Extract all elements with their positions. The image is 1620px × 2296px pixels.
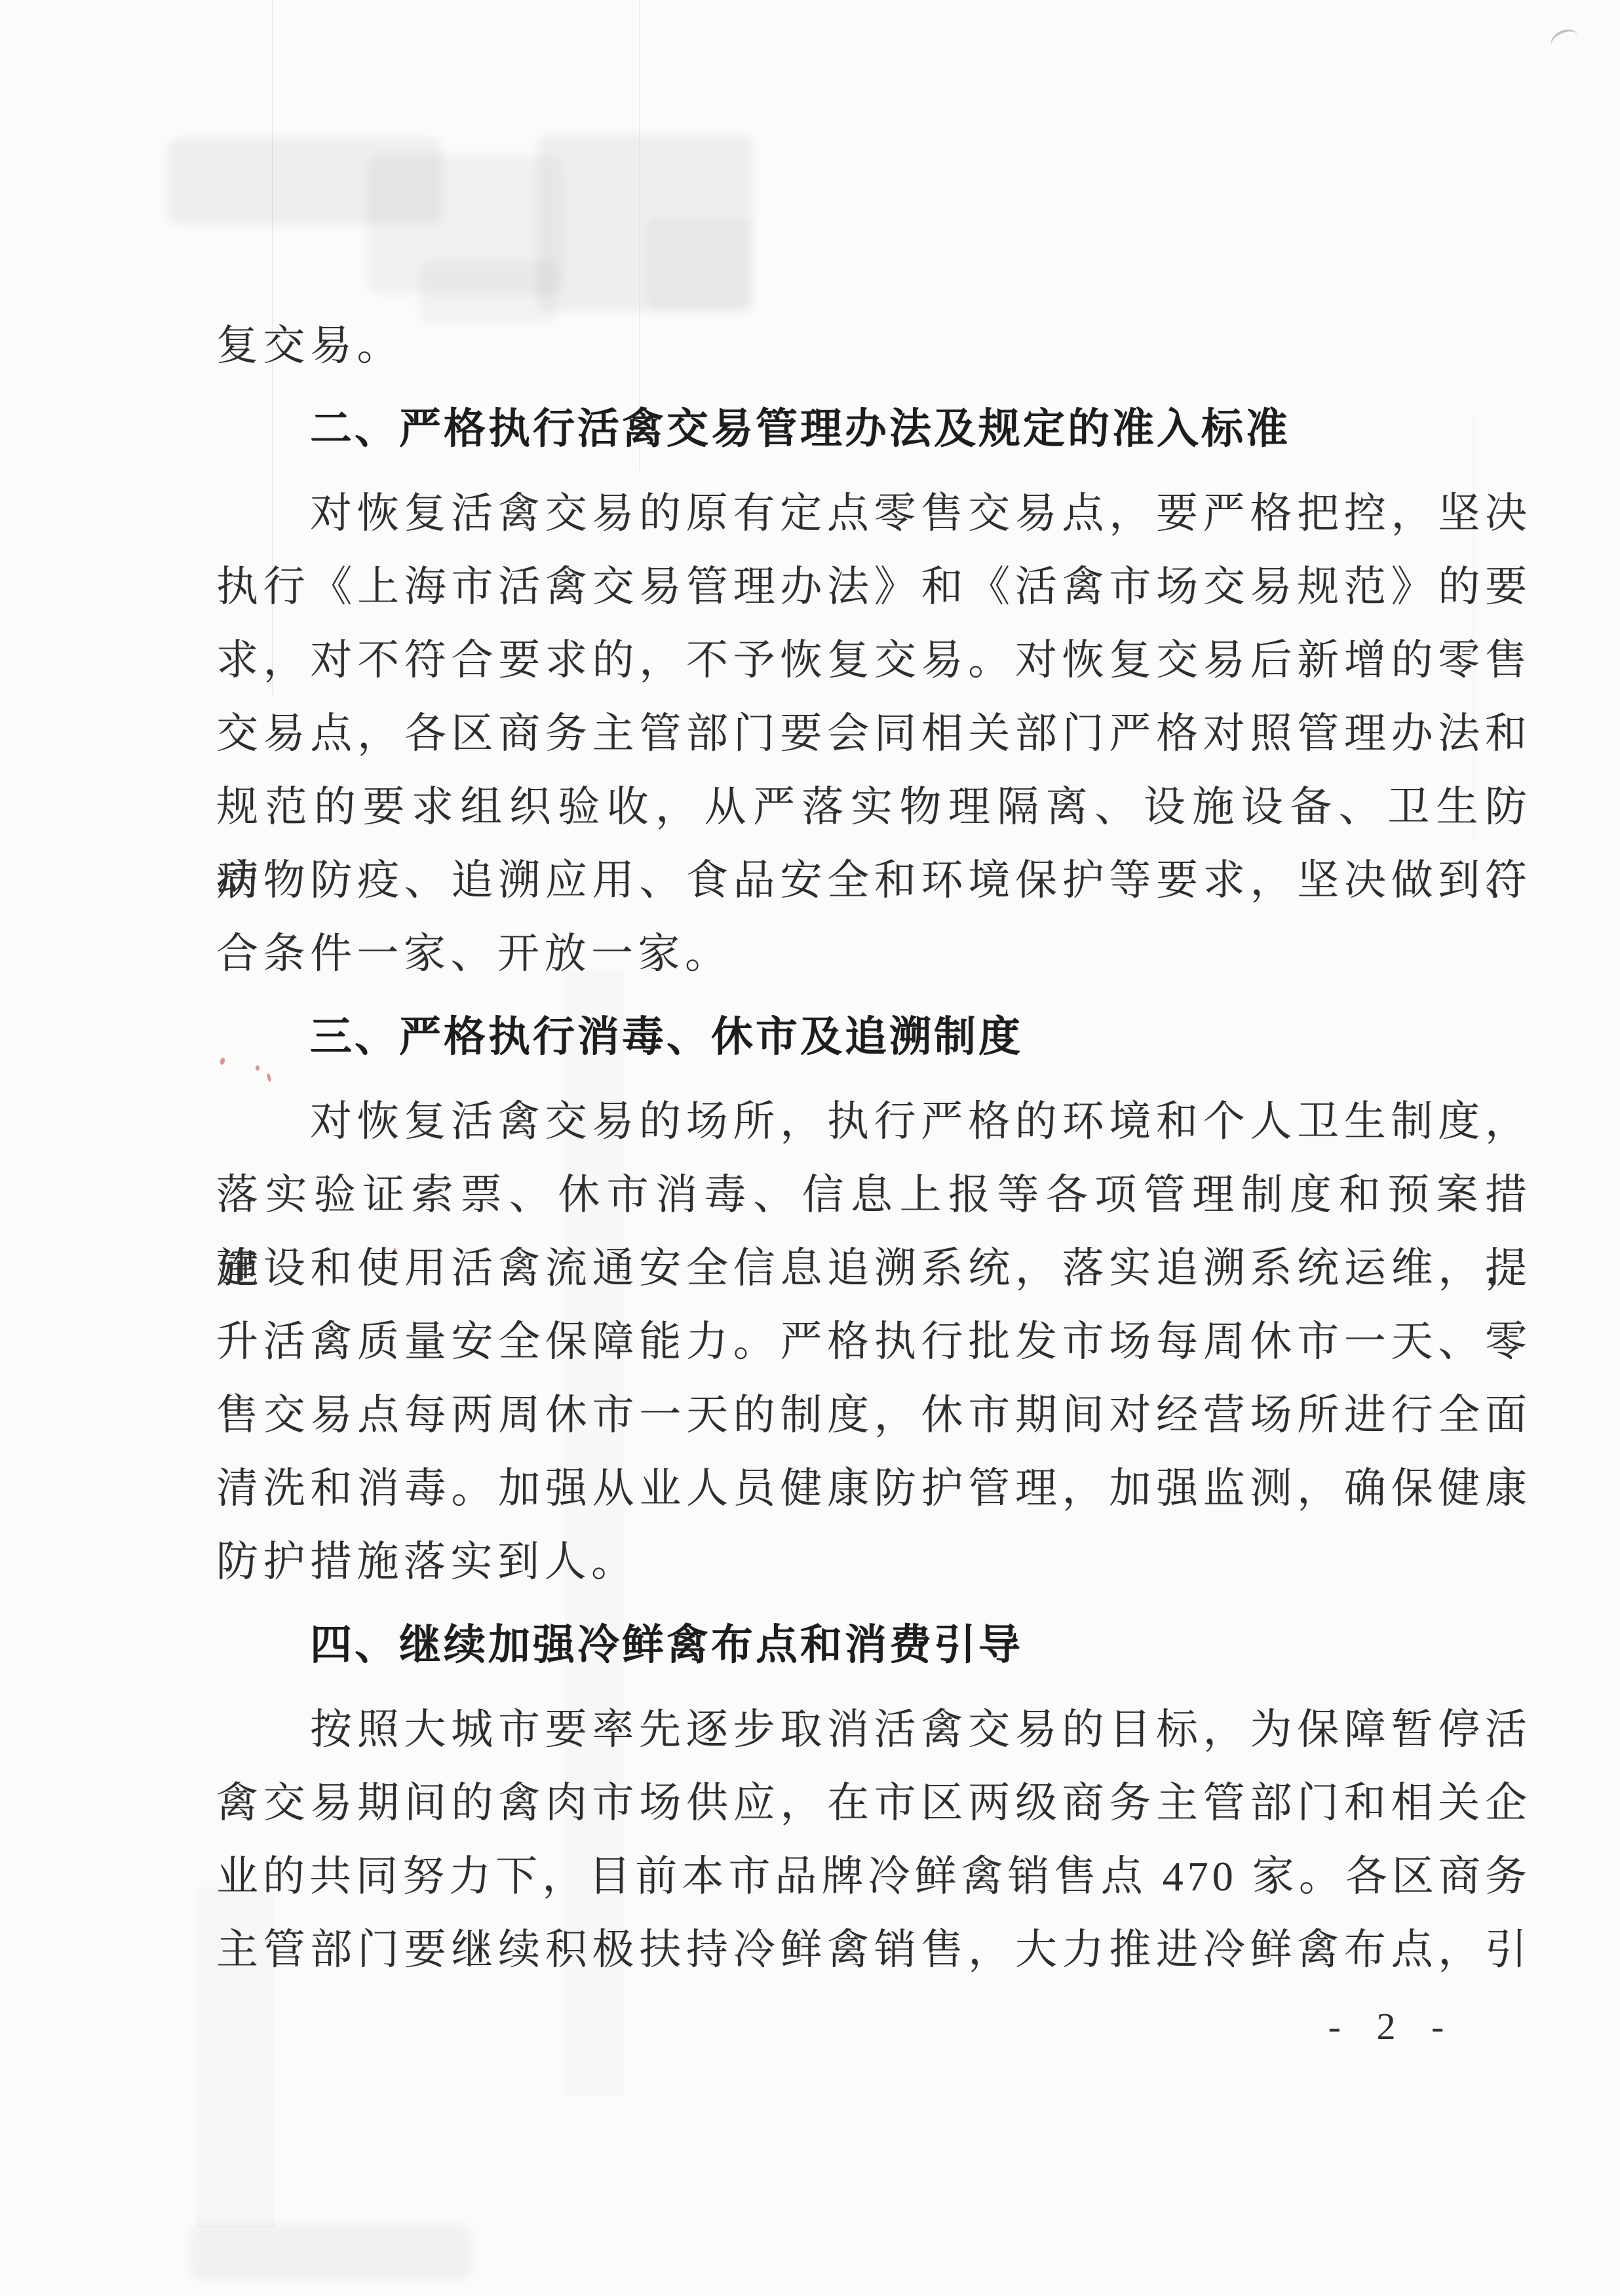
bleedthrough-smudge [537, 134, 754, 311]
body-line: 规范的要求组织验收，从严落实物理隔离、设施设备、卫生防病、 [216, 771, 1531, 844]
page-number: - 2 - [1307, 2004, 1478, 2050]
body-line: 落实验证索票、休市消毒、信息上报等各项管理制度和预案措施， [216, 1158, 1531, 1232]
body-line: 交易点，各区商务主管部门要会同相关部门严格对照管理办法和 [216, 697, 1531, 771]
body-line: 主管部门要继续积极扶持冷鲜禽销售，大力推进冷鲜禽布点，引 [216, 1913, 1531, 1987]
body-line: 售交易点每两周休市一天的制度，休市期间对经营场所进行全面 [216, 1379, 1531, 1452]
body-line: 合条件一家、开放一家。 [216, 917, 1531, 991]
document-body: 复交易。 二、严格执行活禽交易管理办法及规定的准入标准 对恢复活禽交易的原有定点… [216, 309, 1531, 1987]
bleedthrough-smudge [190, 2225, 472, 2280]
section-heading-4: 四、继续加强冷鲜禽布点和消费引导 [216, 1608, 1531, 1681]
body-line: 按照大城市要率先逐步取消活禽交易的目标，为保障暂停活 [216, 1693, 1531, 1767]
section-heading-3: 三、严格执行消毒、休市及追溯制度 [216, 1000, 1531, 1073]
body-line: 执行《上海市活禽交易管理办法》和《活禽市场交易规范》的要 [216, 550, 1531, 624]
body-line: 禽交易期间的禽肉市场供应，在市区两级商务主管部门和相关企 [216, 1767, 1531, 1840]
section-heading-2: 二、严格执行活禽交易管理办法及规定的准入标准 [216, 392, 1531, 465]
body-line: 求，对不符合要求的，不予恢复交易。对恢复交易后新增的零售 [216, 624, 1531, 697]
corner-scan-mark [1548, 26, 1583, 56]
body-line: 升活禽质量安全保障能力。严格执行批发市场每周休市一天、零 [216, 1305, 1531, 1379]
scanned-document-page: 复交易。 二、严格执行活禽交易管理办法及规定的准入标准 对恢复活禽交易的原有定点… [0, 0, 1620, 2296]
body-line: 清洗和消毒。加强从业人员健康防护管理，加强监测，确保健康 [216, 1452, 1531, 1525]
bleedthrough-smudge [367, 156, 564, 294]
continuation-line: 复交易。 [216, 309, 1531, 383]
body-line: 建设和使用活禽流通安全信息追溯系统，落实追溯系统运维，提 [216, 1232, 1531, 1305]
bleedthrough-smudge [646, 216, 750, 311]
body-line: 对恢复活禽交易的场所，执行严格的环境和个人卫生制度， [216, 1085, 1531, 1158]
body-line: 动物防疫、追溯应用、食品安全和环境保护等要求，坚决做到符 [216, 844, 1531, 917]
bleedthrough-smudge [167, 139, 442, 224]
body-line: 防护措施落实到人。 [216, 1525, 1531, 1599]
body-line: 对恢复活禽交易的原有定点零售交易点，要严格把控，坚决 [216, 477, 1531, 550]
body-line: 业的共同努力下，目前本市品牌冷鲜禽销售点 470 家。各区商务 [216, 1840, 1531, 1913]
